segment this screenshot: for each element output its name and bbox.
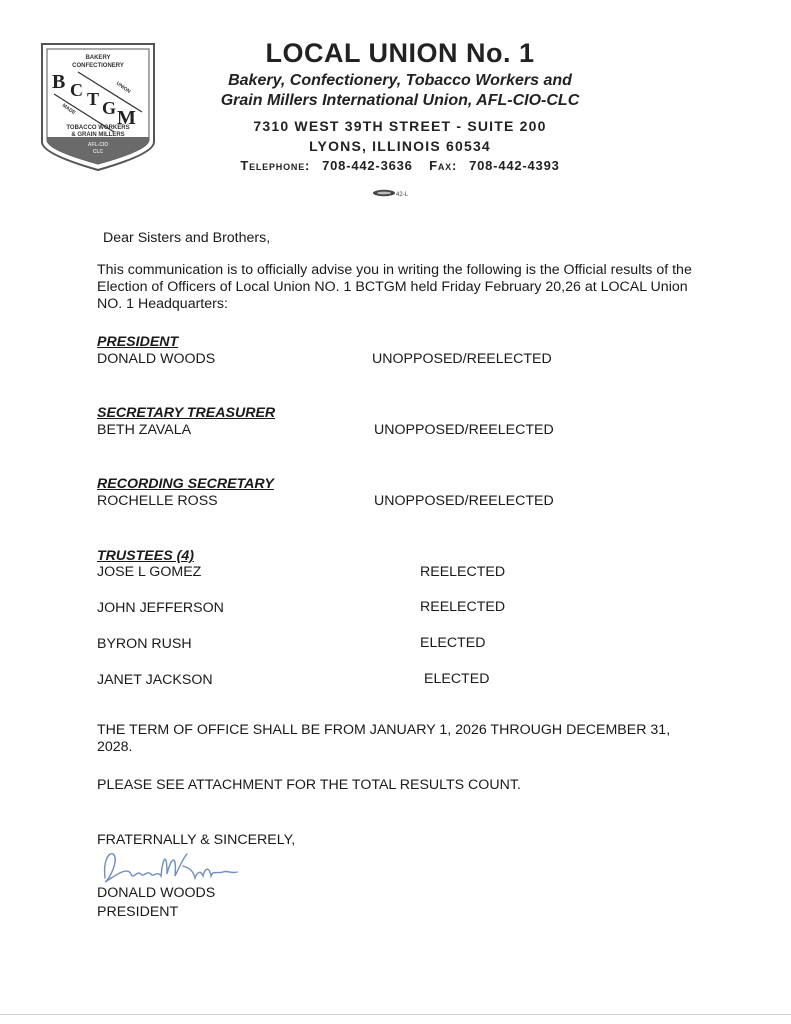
svg-text:BAKERY: BAKERY — [85, 55, 110, 61]
attachment-note: PLEASE SEE ATTACHMENT FOR THE TOTAL RESU… — [97, 777, 521, 794]
fax-number: 708-442-4393 — [469, 158, 560, 173]
closing: FRATERNALLY & SINCERELY, — [97, 832, 295, 849]
candidate-result: UNOPPOSED/REELECTED — [372, 351, 552, 367]
candidate-result: UNOPPOSED/REELECTED — [374, 493, 554, 509]
office-title-recording-secretary: RECORDING SECRETARY — [97, 476, 274, 492]
telephone-label: Telephone: — [240, 158, 310, 173]
office-title-trustees: TRUSTEES (4) — [97, 548, 194, 564]
contact-line: Telephone:708-442-3636 Fax:708-442-4393 — [200, 158, 600, 173]
signatory-title: PRESIDENT — [97, 904, 178, 921]
svg-text:C: C — [70, 80, 83, 100]
svg-text:42-L: 42-L — [396, 192, 409, 198]
candidate-result: ELECTED — [424, 671, 489, 687]
intro-paragraph: This communication is to officially advi… — [97, 262, 697, 313]
candidate-name: DONALD WOODS — [97, 351, 215, 367]
union-subtitle-line2: Grain Millers International Union, AFL-C… — [190, 92, 610, 110]
candidate-name: BYRON RUSH — [97, 636, 192, 652]
candidate-name: JOSE L GOMEZ — [97, 564, 201, 580]
bctgm-logo: BAKERY CONFECTIONERY B C T G M UNION MAD… — [38, 42, 158, 172]
office-title-president: PRESIDENT — [97, 334, 178, 350]
candidate-name: BETH ZAVALA — [97, 422, 191, 438]
candidate-name: ROCHELLE ROSS — [97, 493, 218, 509]
candidate-result: ELECTED — [420, 635, 485, 651]
svg-text:& GRAIN MILLERS: & GRAIN MILLERS — [71, 132, 124, 138]
svg-text:CLC: CLC — [93, 149, 104, 155]
union-name-title: LOCAL UNION No. 1 — [200, 38, 600, 69]
address-line1: 7310 WEST 39TH STREET - SUITE 200 — [200, 118, 600, 134]
term-of-office: THE TERM OF OFFICE SHALL BE FROM JANUARY… — [97, 722, 707, 756]
candidate-result: REELECTED — [420, 564, 505, 580]
page-edge-divider — [0, 1014, 791, 1015]
svg-text:G: G — [102, 98, 116, 118]
svg-text:AFL-CIO: AFL-CIO — [88, 142, 108, 148]
signature — [97, 848, 257, 888]
candidate-result: REELECTED — [420, 599, 505, 615]
signatory-name: DONALD WOODS — [97, 885, 215, 902]
address-line2: LYONS, ILLINOIS 60534 — [200, 138, 600, 154]
union-subtitle-line1: Bakery, Confectionery, Tobacco Workers a… — [190, 72, 610, 90]
svg-text:CONFECTIONERY: CONFECTIONERY — [72, 63, 124, 69]
svg-text:TOBACCO WORKERS: TOBACCO WORKERS — [66, 125, 129, 131]
svg-text:T: T — [87, 89, 99, 109]
fax-label: Fax: — [429, 158, 457, 173]
svg-text:B: B — [52, 71, 65, 93]
salutation: Dear Sisters and Brothers, — [103, 230, 270, 247]
telephone-number: 708-442-3636 — [322, 158, 413, 173]
candidate-name: JOHN JEFFERSON — [97, 600, 224, 616]
union-bug-icon: 42-L — [370, 188, 414, 198]
office-title-secretary-treasurer: SECRETARY TREASURER — [97, 405, 275, 421]
candidate-result: UNOPPOSED/REELECTED — [374, 422, 554, 438]
candidate-name: JANET JACKSON — [97, 672, 213, 688]
